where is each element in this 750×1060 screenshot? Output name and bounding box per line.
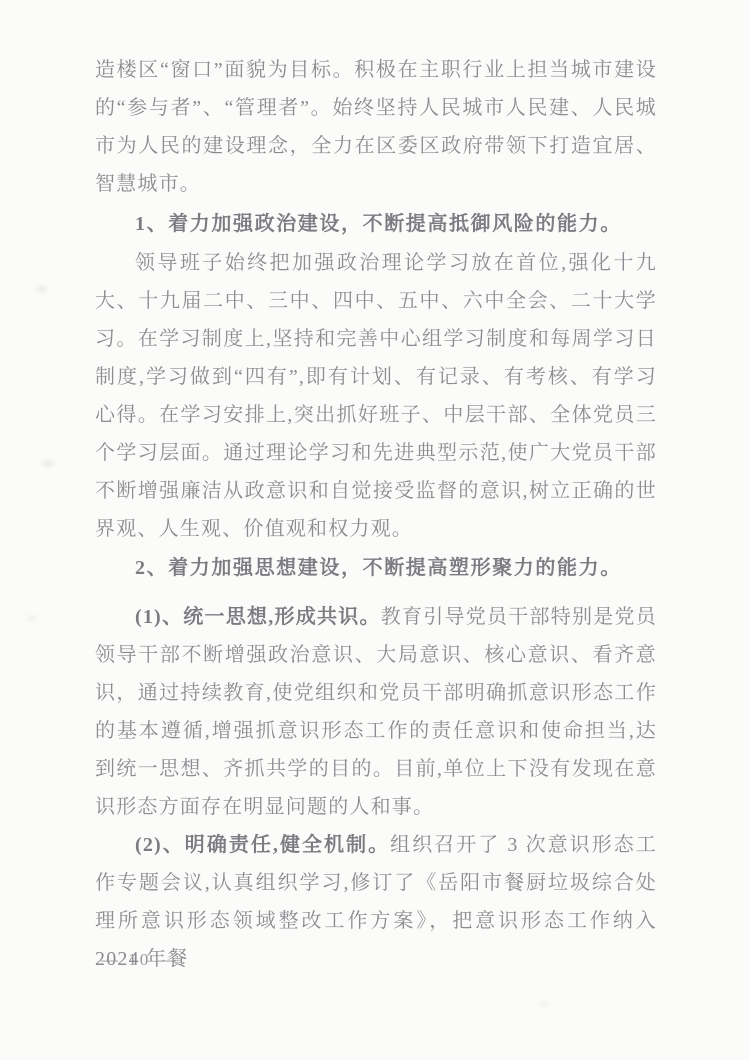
- document-page: 造楼区“窗口”面貌为目标。积极在主职行业上担当城市建设的“参与者”、“管理者”。…: [0, 0, 750, 1060]
- scan-artifact: [28, 616, 35, 621]
- page-number: — 10 —: [101, 950, 179, 970]
- document-body: 造楼区“窗口”面貌为目标。积极在主职行业上担当城市建设的“参与者”、“管理者”。…: [95, 51, 657, 978]
- scan-artifact: [540, 1002, 549, 1007]
- section-heading-1: 1、着力加强政治建设，不断提高抵御风险的能力。: [95, 205, 657, 243]
- subheading-lead-2: (2)、明确责任,健全机制。: [135, 834, 390, 856]
- paragraph-sub-2: (2)、明确责任,健全机制。组织召开了 3 次意识形态工作专题会议,认真组织学习…: [95, 826, 657, 978]
- scan-artifact: [36, 286, 47, 292]
- paragraph-continued: 造楼区“窗口”面貌为目标。积极在主职行业上担当城市建设的“参与者”、“管理者”。…: [95, 51, 657, 203]
- paragraph-sub-1-text: 教育引导党员干部特别是党员领导干部不断增强政治意识、大局意识、核心意识、看齐意识…: [95, 606, 657, 818]
- section-heading-2: 2、着力加强思想建设，不断提高塑形聚力的能力。: [95, 549, 657, 587]
- scan-artifact: [42, 460, 54, 467]
- paragraph-sub-1: (1)、统一思想,形成共识。教育引导党员干部特别是党员领导干部不断增强政治意识、…: [95, 598, 657, 826]
- subheading-lead-1: (1)、统一思想,形成共识。: [135, 606, 381, 628]
- paragraph-political-study: 领导班子始终把加强政治理论学习放在首位,强化十九大、十九届二中、三中、四中、五中…: [95, 244, 657, 548]
